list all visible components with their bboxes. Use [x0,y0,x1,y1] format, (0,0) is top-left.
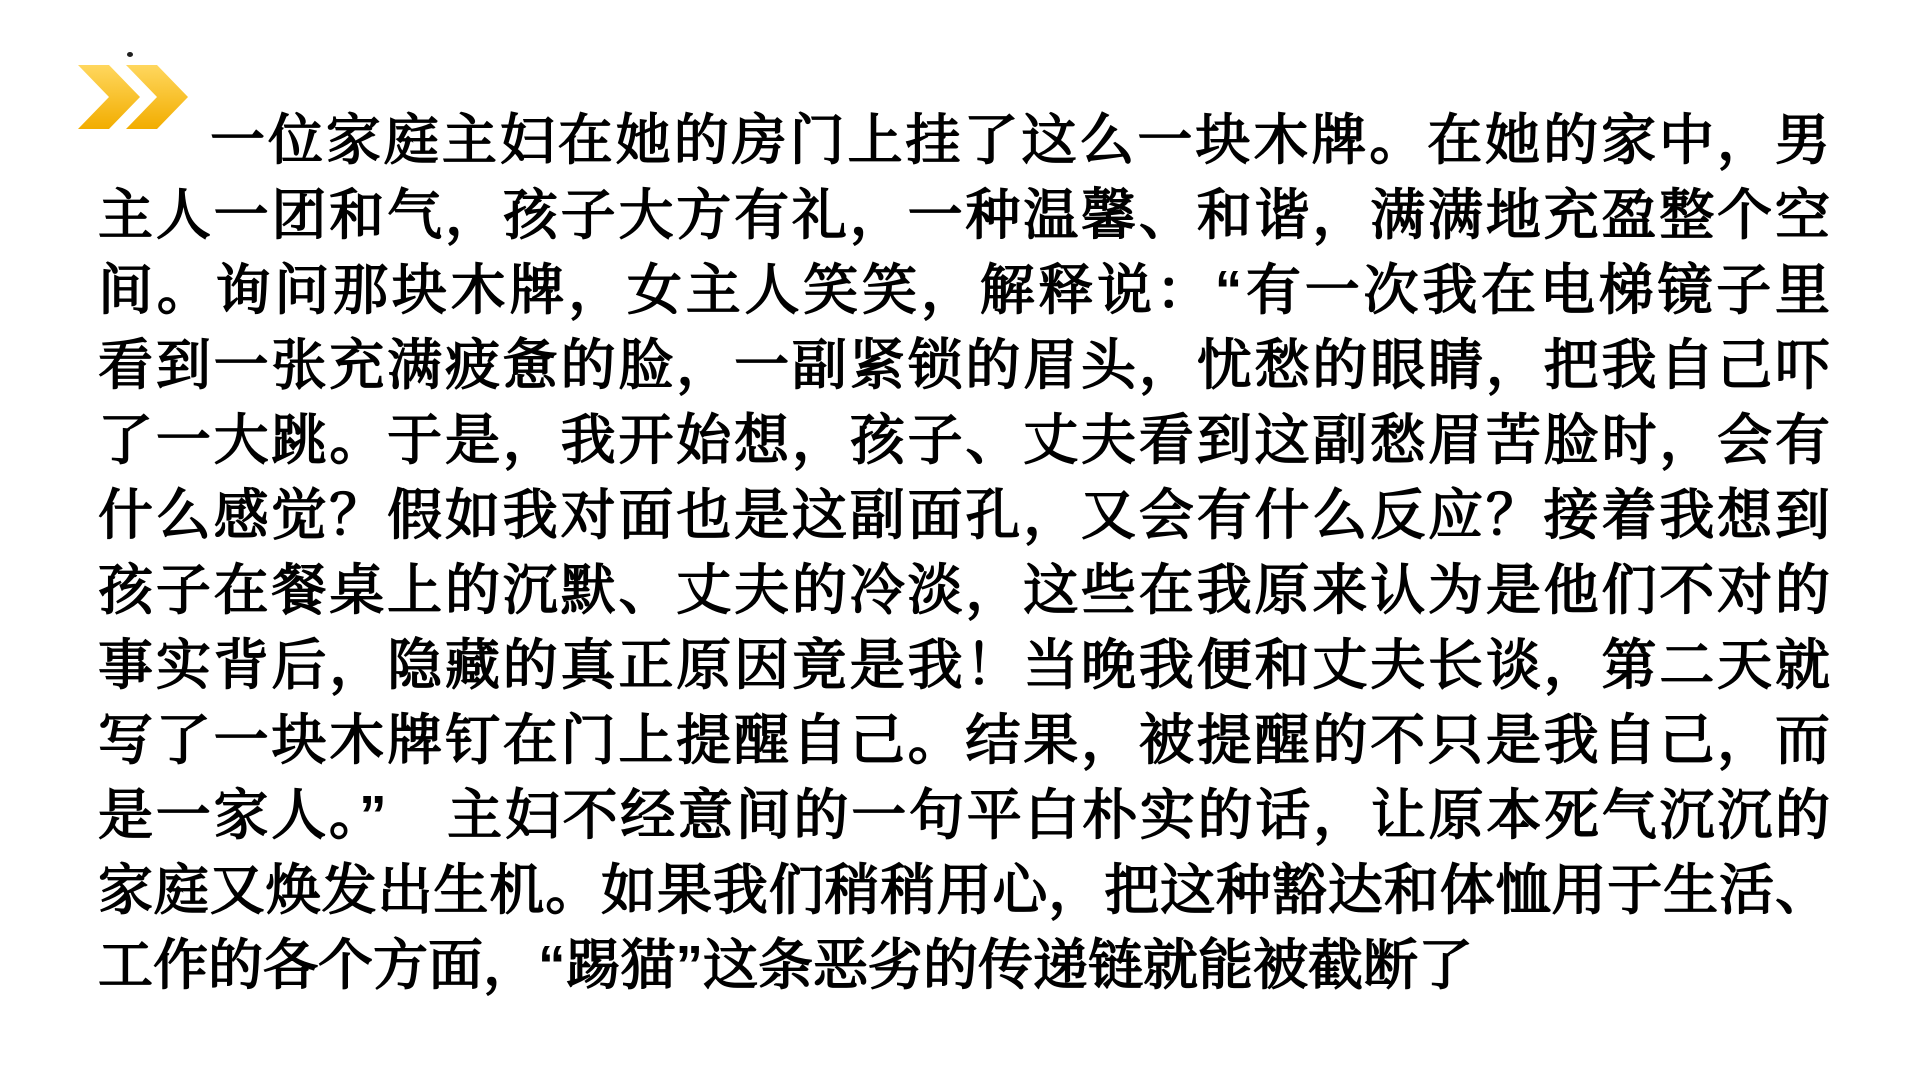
paragraph-line: 一位家庭主妇在她的房门上挂了这么一块木牌。在她的家中，男 [98,103,1830,178]
paragraph-line: 主人一团和气，孩子大方有礼，一种温馨、和谐，满满地充盈整个空 [98,178,1830,253]
paragraph-line: 事实背后，隐藏的真正原因竟是我！当晚我便和丈夫长谈，第二天就 [98,628,1830,703]
paragraph-line: 看到一张充满疲惫的脸，一副紧锁的眉头，忧愁的眼睛，把我自己吓 [98,328,1830,403]
stray-dot-mark [127,52,133,57]
slide-body-paragraph: 一位家庭主妇在她的房门上挂了这么一块木牌。在她的家中，男 主人一团和气，孩子大方… [98,103,1830,1003]
paragraph-line: 是一家人。” 主妇不经意间的一句平白朴实的话，让原本死气沉沉的 [98,778,1830,853]
paragraph-line: 什么感觉？假如我对面也是这副面孔，又会有什么反应？接着我想到 [98,478,1830,553]
paragraph-line: 工作的各个方面，“踢猫”这条恶劣的传递链就能被截断了 [98,928,1830,1003]
paragraph-line: 间。询问那块木牌，女主人笑笑，解释说：“有一次我在电梯镜子里 [98,253,1830,328]
paragraph-line: 了一大跳。于是，我开始想，孩子、丈夫看到这副愁眉苦脸时，会有 [98,403,1830,478]
paragraph-line: 孩子在餐桌上的沉默、丈夫的冷淡，这些在我原来认为是他们不对的 [98,553,1830,628]
paragraph-line: 写了一块木牌钉在门上提醒自己。结果，被提醒的不只是我自己，而 [98,703,1830,778]
paragraph-line: 家庭又焕发出生机。如果我们稍稍用心，把这种豁达和体恤用于生活、 [98,853,1830,928]
presentation-slide: 一位家庭主妇在她的房门上挂了这么一块木牌。在她的家中，男 主人一团和气，孩子大方… [0,0,1920,1080]
